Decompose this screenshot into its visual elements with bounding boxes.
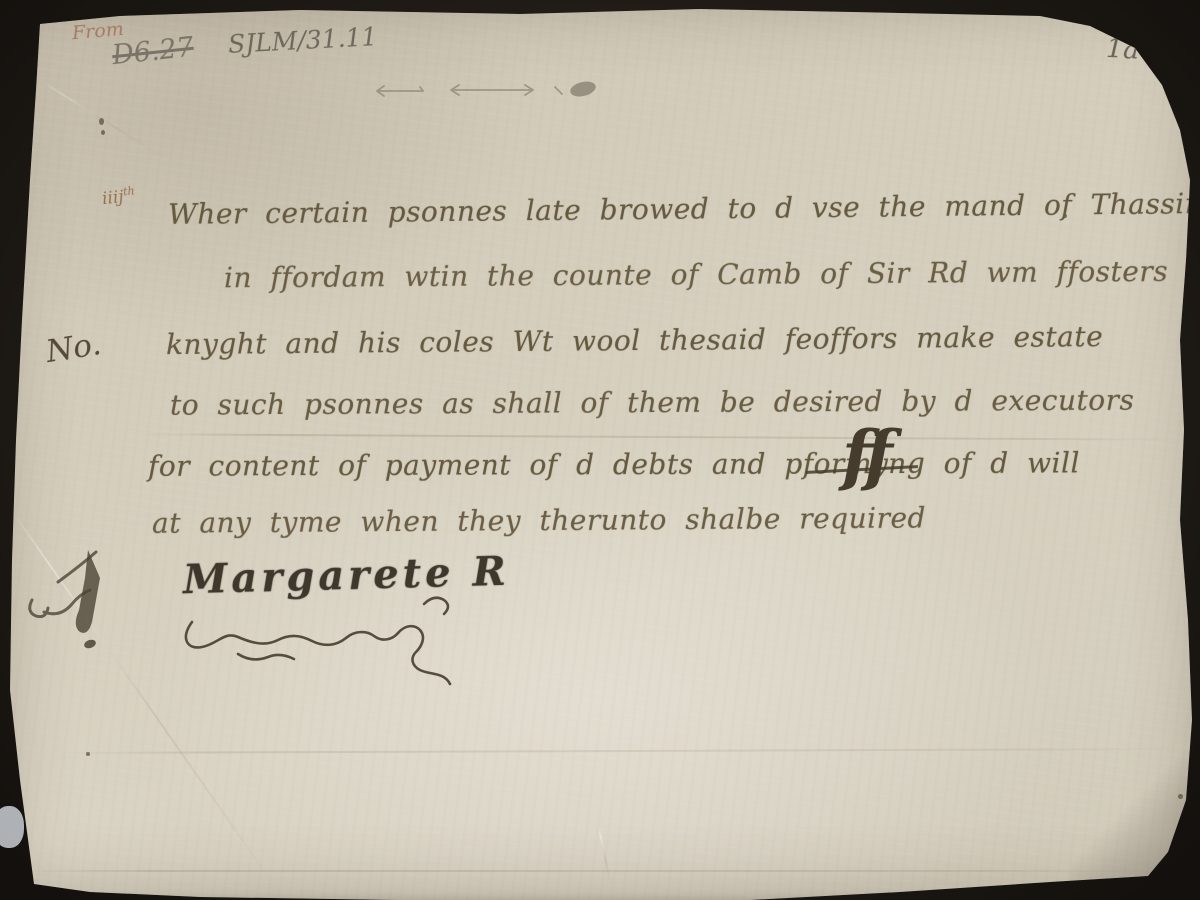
- manuscript-paper: From D6.27 SJLM/31.11 1a iiijth No.: [0, 0, 1200, 900]
- manuscript-line: in ffordam wtin the counte of Camb of Si…: [224, 255, 1168, 295]
- item-number-suffix: th: [122, 184, 135, 198]
- folio-number: 1a: [1105, 33, 1139, 65]
- item-number-annotation: iiijth: [101, 184, 136, 209]
- crease-line: [41, 80, 169, 161]
- new-reference: SJLM/31.11: [227, 22, 378, 59]
- folded-corner: [1070, 750, 1200, 900]
- no-annotation: No.: [44, 326, 104, 370]
- manuscript-line: for content of payment of d debts and pf…: [148, 446, 1080, 482]
- ink-speck: [101, 130, 105, 135]
- pencil-arrow-marks: [365, 76, 615, 108]
- crease-line: [598, 827, 612, 886]
- manuscript-line: knyght and his coles Wt wool thesaid feo…: [166, 320, 1103, 361]
- correction-mark: ff: [842, 416, 887, 494]
- manuscript-line: at any tyme when they therunto shalbe re…: [152, 501, 926, 539]
- signature-flourish: [172, 592, 502, 702]
- crease-line: [20, 870, 1150, 872]
- ink-speck: [1178, 794, 1183, 799]
- ink-speck: [99, 118, 104, 125]
- background-object: [0, 806, 24, 848]
- ink-blot: [28, 540, 128, 660]
- crease-line: [60, 748, 1180, 754]
- ink-speck: [86, 752, 90, 756]
- crease-line: [140, 433, 1180, 440]
- item-number: iiij: [101, 187, 125, 209]
- manuscript-line: to such psonnes as shall of them be desi…: [170, 383, 1135, 421]
- manuscript-line: Wher certain psonnes late browed to d vs…: [168, 186, 1200, 231]
- photo-backdrop: From D6.27 SJLM/31.11 1a iiijth No.: [0, 0, 1200, 900]
